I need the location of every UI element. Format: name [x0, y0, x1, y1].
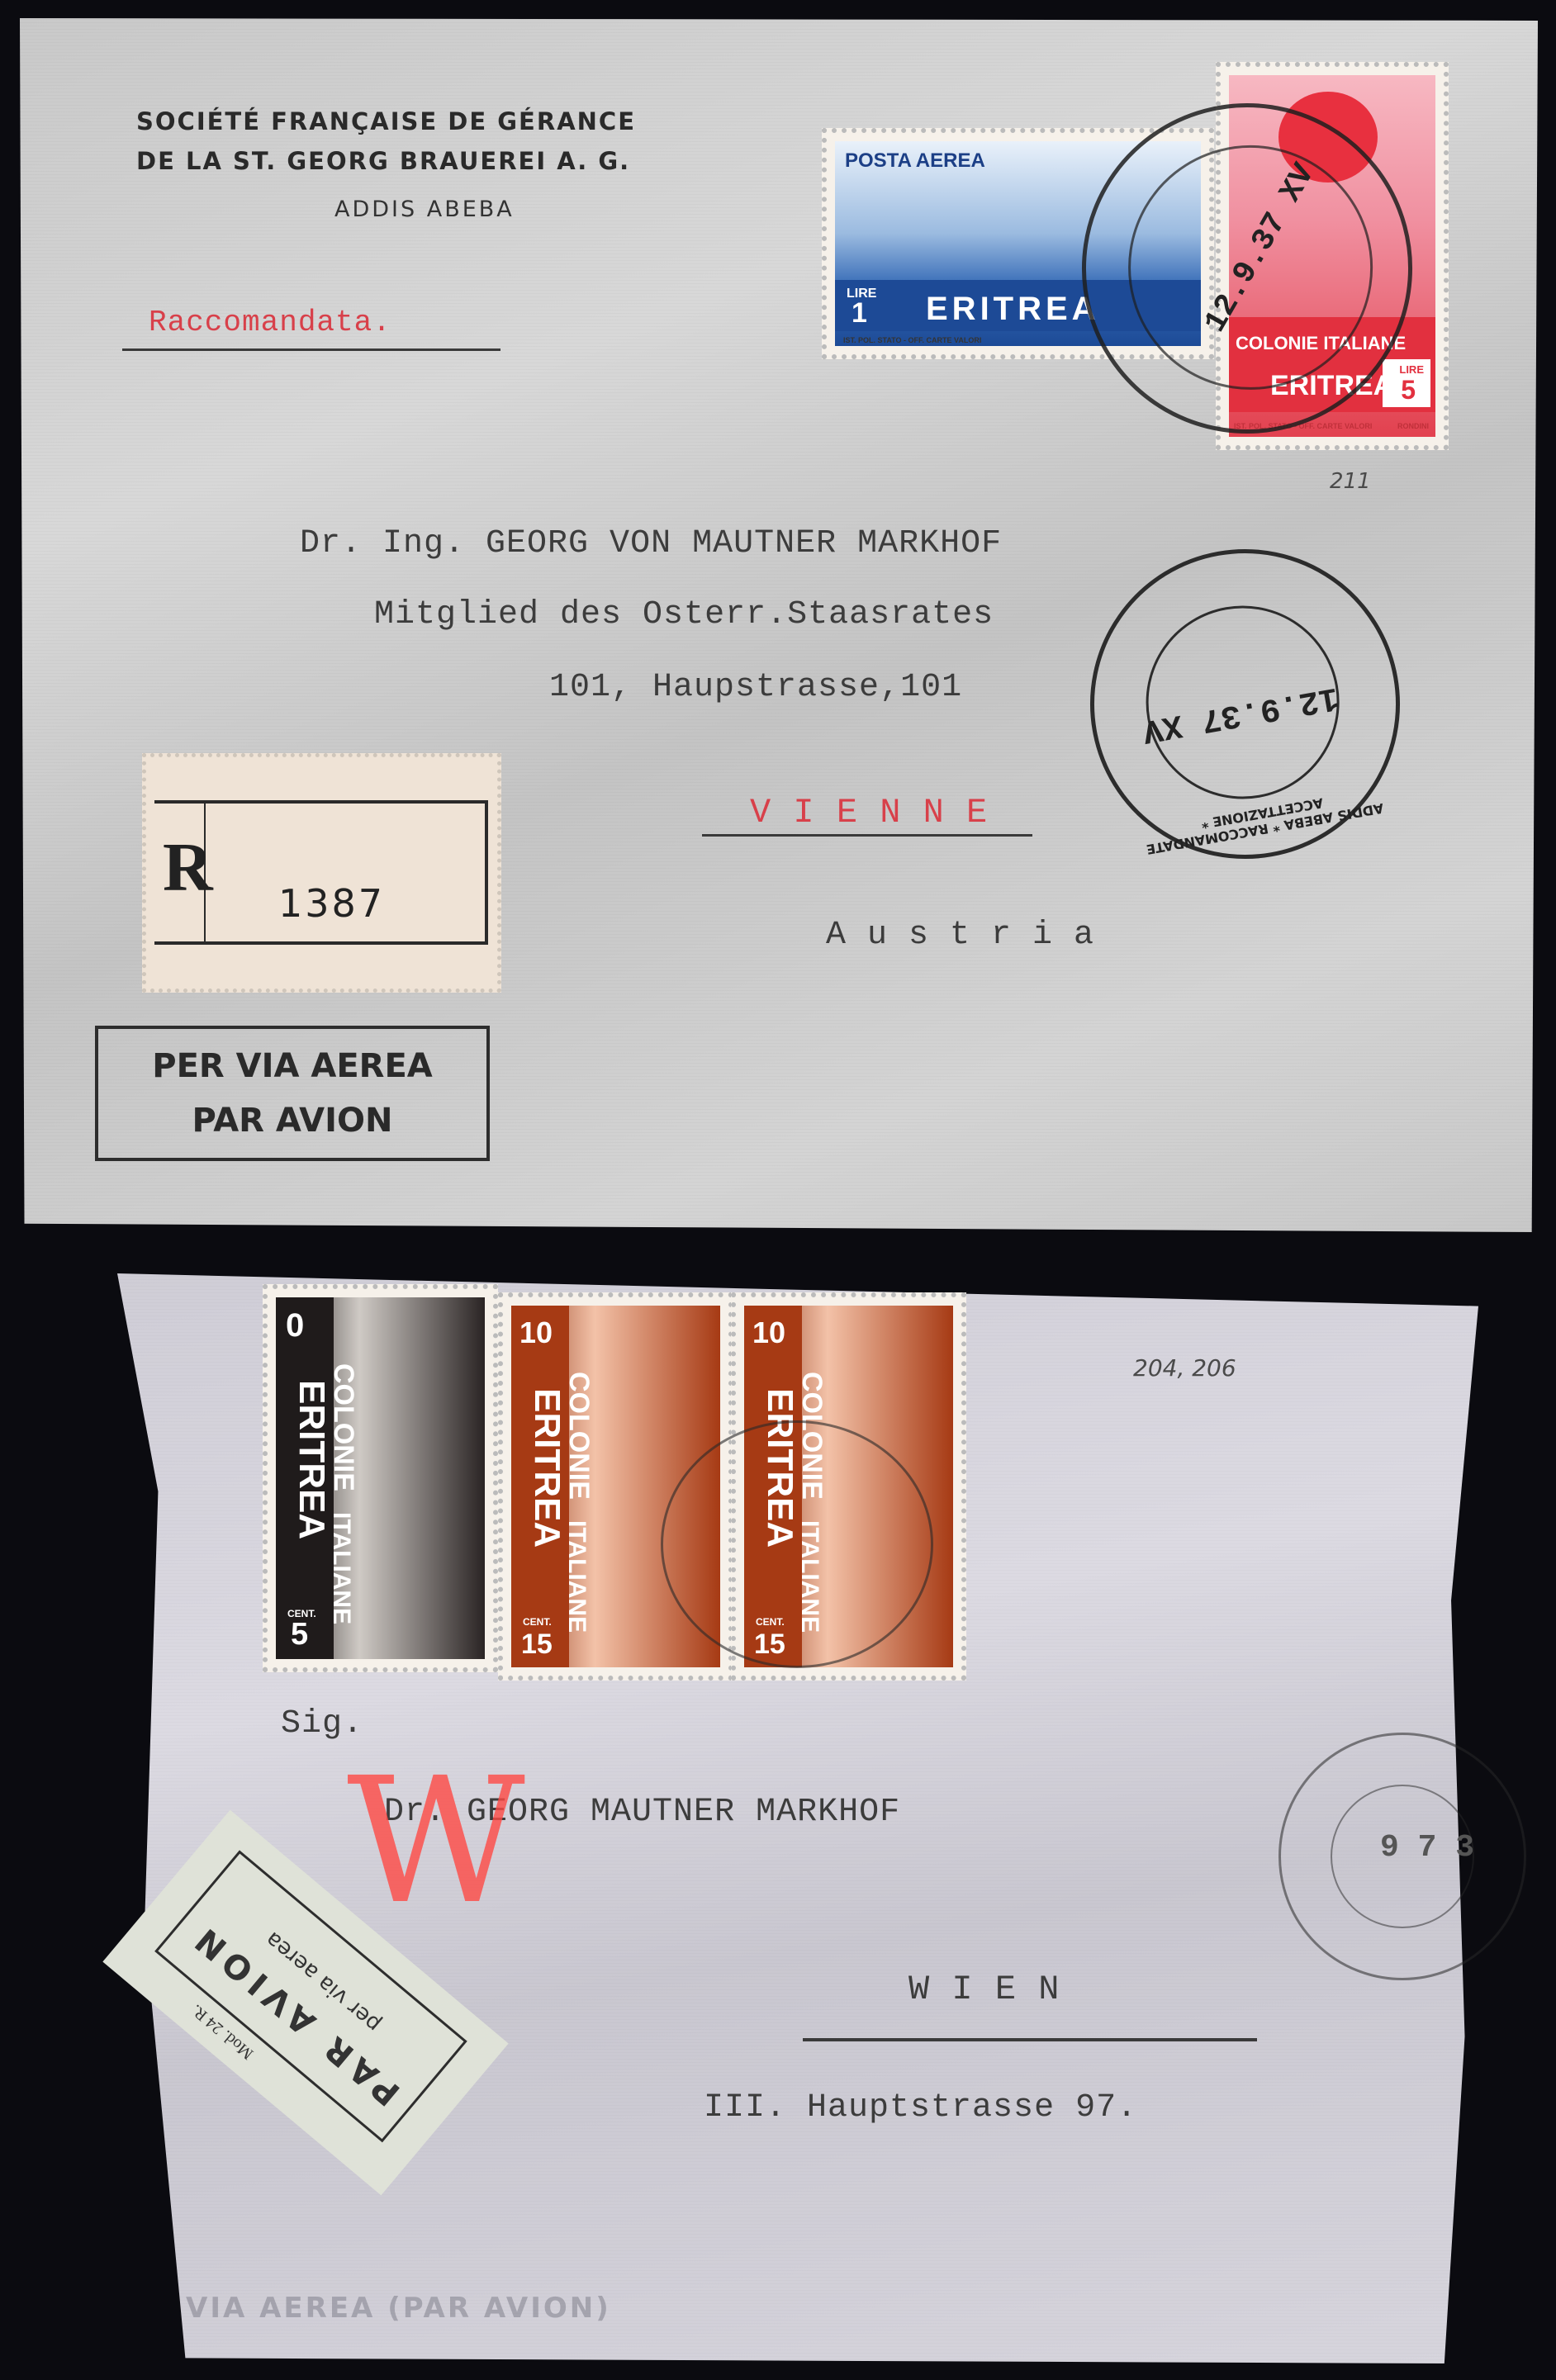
- registered-note: Raccomandata.: [149, 306, 391, 339]
- stamp-currency: LIRE: [1399, 363, 1424, 376]
- stamp-top-label: POSTA AEREA: [845, 149, 985, 173]
- sender-header-line1: SOCIÉTÉ FRANÇAISE DE GÉRANCE: [136, 107, 636, 135]
- stamp-country: ERITREA: [291, 1380, 332, 1539]
- postmark-cancel-on-stamps-2: [661, 1420, 933, 1668]
- stamp-value: 15: [521, 1629, 553, 1661]
- stamp-value: 5: [291, 1617, 308, 1652]
- stamp-country: ERITREA: [526, 1388, 567, 1548]
- airmail-line1: PER VIA AEREA: [98, 1047, 486, 1085]
- stamp-value: 1: [852, 297, 867, 330]
- recipient-title: Mitglied des Osterr.Staasrates: [374, 596, 994, 633]
- postmark-fragment: 9 7 3: [1278, 1733, 1526, 1980]
- stamp-designer: RONDINI: [1397, 422, 1429, 430]
- recipient-city: W I E N: [908, 1970, 1060, 2009]
- recipient-street: III. Hauptstrasse 97.: [704, 2089, 1137, 2126]
- airmail-handstamp-box: PER VIA AEREA PAR AVION: [95, 1026, 490, 1161]
- stamp-value-top: 0: [286, 1307, 304, 1344]
- registration-number: 1387: [278, 881, 385, 926]
- recipient-country: A u s t r i a: [826, 917, 1094, 954]
- sender-city: ADDIS ABEBA: [334, 197, 515, 222]
- recipient-name: Dr. Ing. GEORG VON MAUTNER MARKHOF: [300, 525, 1002, 562]
- registration-letter: R: [163, 827, 213, 908]
- stamp-value-top: 10: [752, 1316, 785, 1350]
- stamp-imprint: IST. POL. STATO - OFF. CARTE VALORI: [843, 336, 981, 344]
- registration-label: R 1387: [142, 753, 501, 993]
- pencil-catalog-note: 211: [1330, 469, 1371, 494]
- stamp-country: ERITREA: [926, 291, 1100, 328]
- stamp-eritrea-5-cent: 0 COLONIE ITALIANE ERITREA CENT. 5: [263, 1284, 498, 1672]
- registered-underline: [122, 348, 500, 351]
- printed-airmail-band: VIA AEREA (PAR AVION): [186, 2292, 611, 2325]
- recipient-city: V I E N N E: [750, 793, 988, 832]
- recipient-street: 101, Haupstrasse,101: [549, 669, 962, 706]
- city-underline: [702, 834, 1032, 837]
- pencil-catalog-note: 204, 206: [1133, 1354, 1236, 1382]
- stamp-currency: CENT.: [523, 1616, 552, 1628]
- salutation: Sig.: [281, 1705, 363, 1742]
- postmark-date-fragment: 9 7 3: [1380, 1830, 1474, 1866]
- stamp-value-top: 10: [519, 1316, 553, 1350]
- stamp-value: 5: [1401, 375, 1416, 405]
- city-underline: [803, 2038, 1257, 2041]
- airmail-line2: PAR AVION: [98, 1102, 486, 1140]
- red-crayon-mark: W: [347, 1755, 525, 1928]
- sender-header-line2: DE LA ST. GEORG BRAUEREI A. G.: [136, 147, 630, 175]
